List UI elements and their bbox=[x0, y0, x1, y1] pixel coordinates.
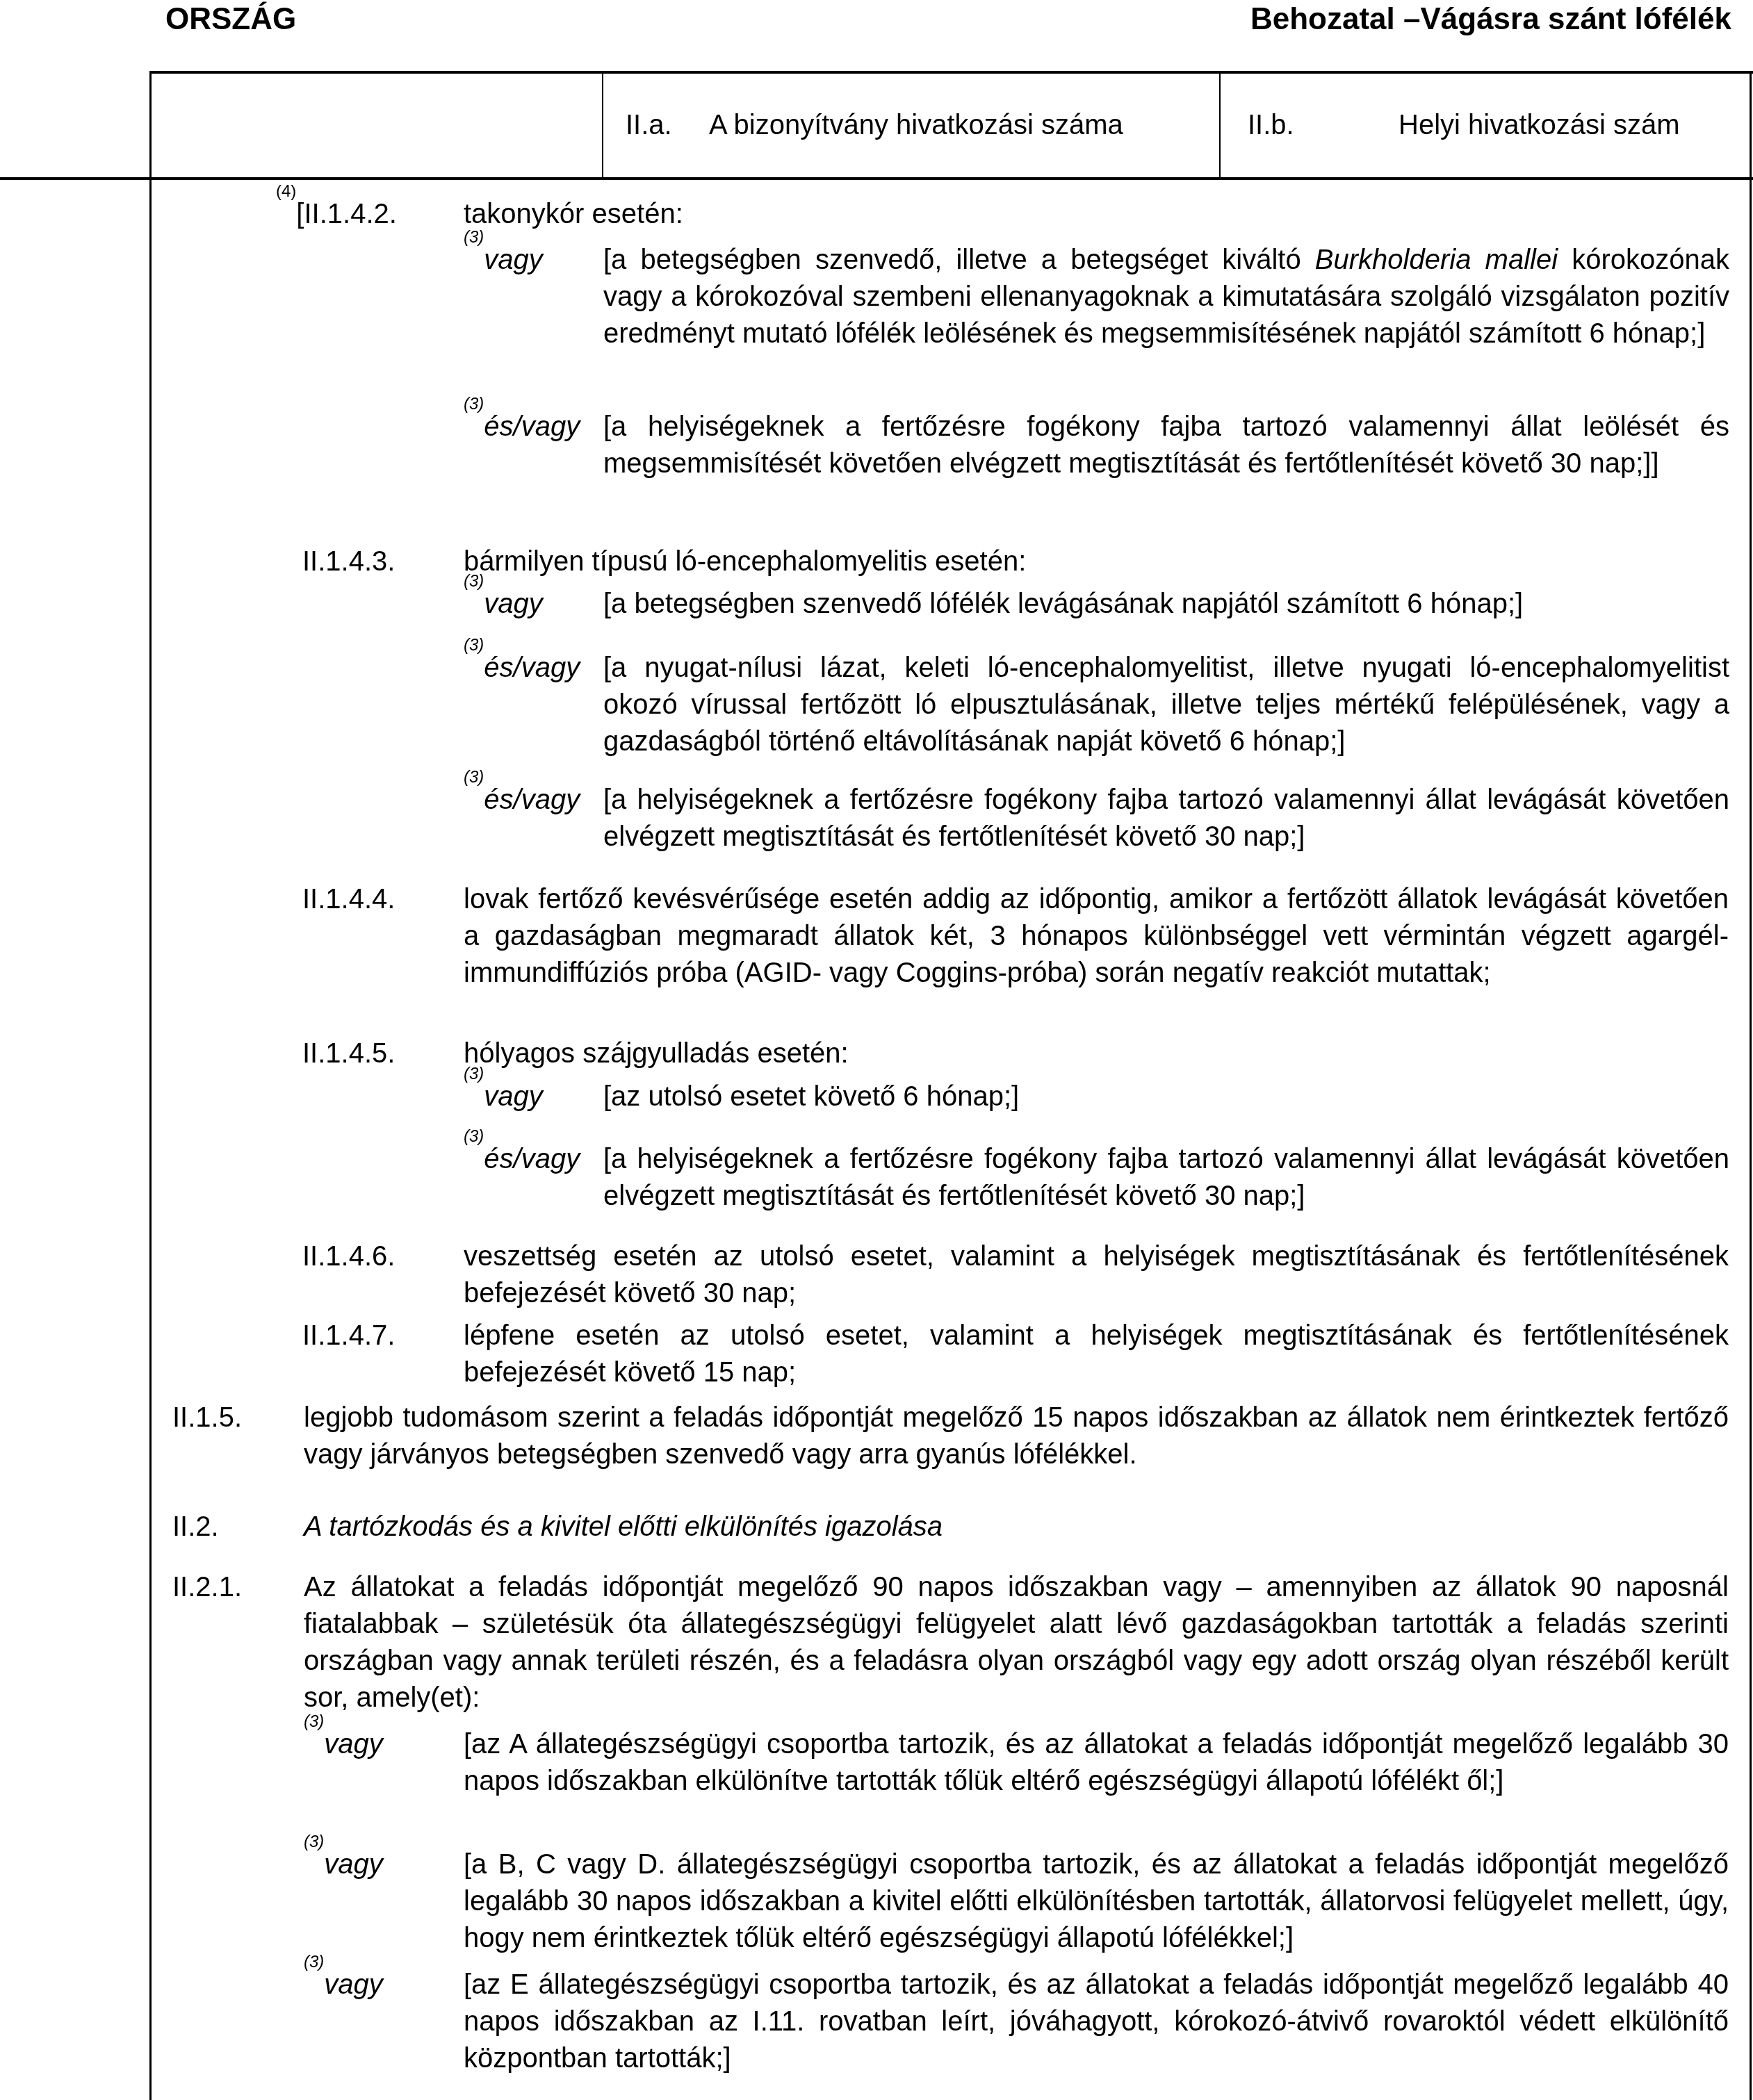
option-text: [a betegségben szenvedő, illetve a beteg… bbox=[603, 242, 1729, 352]
option-label: (3)vagy bbox=[304, 1846, 383, 1883]
section-code-ii-2-1: II.2.1. bbox=[172, 1569, 242, 1606]
section-title-ii-2: A tartózkodás és a kivitel előtti elkülö… bbox=[304, 1509, 1729, 1545]
option-label: (3)vagy bbox=[304, 1967, 383, 2003]
header-divider-2 bbox=[1219, 71, 1221, 179]
section-code-ii-2: II.2. bbox=[172, 1509, 219, 1545]
option-text: [a helyiségeknek a fertőzésre fogékony f… bbox=[603, 782, 1729, 855]
option-text: [az E állategészségügyi csoportba tartoz… bbox=[464, 1967, 1729, 2077]
section-title-ii-1-4-5: hólyagos szájgyulladás esetén: bbox=[464, 1035, 1729, 1072]
option-text: [a nyugat-nílusi lázat, keleti ló-enceph… bbox=[603, 650, 1729, 760]
option-label: (3)vagy bbox=[304, 1726, 383, 1763]
option-label: (3)és/vagy bbox=[464, 782, 580, 819]
section-text-ii-1-4-4: lovak fertőző kevésvérűsége esetén addig… bbox=[464, 881, 1729, 992]
option-label: (3)és/vagy bbox=[464, 1141, 580, 1178]
cert-ref-label: A bizonyítvány hivatkozási száma bbox=[709, 107, 1123, 143]
header-divider-1 bbox=[602, 71, 603, 179]
section-code-ii-1-4-5: II.1.4.5. bbox=[302, 1035, 395, 1072]
local-ref-label: Helyi hivatkozási szám bbox=[1399, 107, 1680, 143]
local-ref-code: II.b. bbox=[1248, 107, 1294, 143]
section-code-ii-1-5: II.1.5. bbox=[172, 1400, 242, 1436]
section-text-ii-2-1: Az állatokat a feladás időpontját megelő… bbox=[304, 1569, 1729, 1716]
option-label: (3)vagy bbox=[464, 586, 543, 623]
left-border bbox=[149, 71, 152, 2100]
option-text: [a B, C vagy D. állategészségügyi csopor… bbox=[464, 1846, 1729, 1957]
option-label: (3)és/vagy bbox=[464, 409, 580, 445]
section-text-ii-1-4-7: lépfene esetén az utolsó esetet, valamin… bbox=[464, 1318, 1729, 1391]
document-title: Behozatal –Vágásra szánt lófélék bbox=[1250, 1, 1731, 38]
option-text: [a betegségben szenvedő lófélék levágásá… bbox=[603, 586, 1729, 623]
section-text-ii-1-4-6: veszettség esetén az utolsó esetet, vala… bbox=[464, 1238, 1729, 1312]
option-label: (3)vagy bbox=[464, 242, 543, 279]
option-text: [az A állategészségügyi csoportba tartoz… bbox=[464, 1726, 1729, 1800]
right-border bbox=[1750, 71, 1752, 2100]
section-text-ii-1-5: legjobb tudomásom szerint a feladás időp… bbox=[304, 1400, 1729, 1473]
section-code-ii-1-4-2: (4)[II.1.4.2. bbox=[276, 196, 397, 233]
section-code-ii-1-4-7: II.1.4.7. bbox=[302, 1318, 395, 1354]
cert-ref-code: II.a. bbox=[626, 107, 672, 143]
option-text: [a helyiségeknek a fertőzésre fogékony f… bbox=[603, 1141, 1729, 1215]
option-label: (3)vagy bbox=[464, 1078, 543, 1115]
option-text: [az utolsó esetet követő 6 hónap;] bbox=[603, 1078, 1729, 1115]
option-label: (3)és/vagy bbox=[464, 650, 580, 687]
section-code-ii-1-4-6: II.1.4.6. bbox=[302, 1238, 395, 1275]
section-code-ii-1-4-3: II.1.4.3. bbox=[302, 543, 395, 580]
country-header: ORSZÁG bbox=[165, 1, 296, 38]
header-box-bottom-rule bbox=[0, 177, 1753, 180]
header-box-top-rule bbox=[149, 71, 1753, 74]
section-code-ii-1-4-4: II.1.4.4. bbox=[302, 881, 395, 918]
section-title-ii-1-4-3: bármilyen típusú ló-encephalomyelitis es… bbox=[464, 543, 1729, 580]
footnote-mark: (4) bbox=[276, 182, 296, 201]
section-title-ii-1-4-2: takonykór esetén: bbox=[464, 196, 1729, 233]
option-text: [a helyiségeknek a fertőzésre fogékony f… bbox=[603, 409, 1729, 482]
